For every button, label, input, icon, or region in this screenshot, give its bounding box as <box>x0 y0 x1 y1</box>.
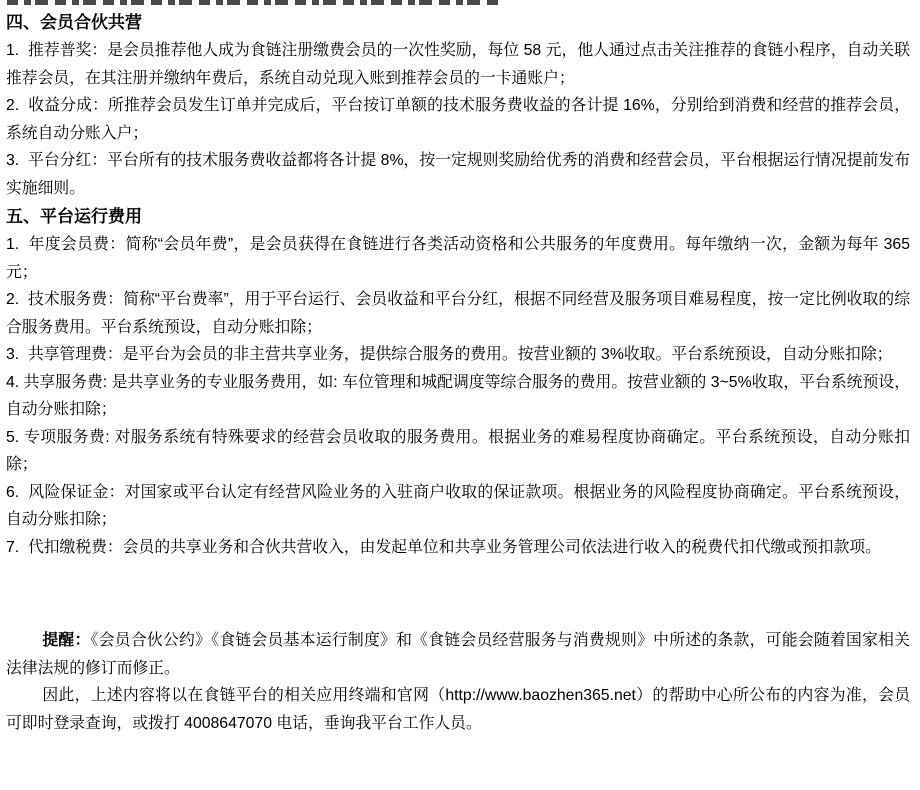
closing-paragraph: 因此，上述内容将以在食链平台的相关应用终端和官网（http://www.baoz… <box>6 682 910 737</box>
list-item: 4. 共享服务费: 是共享业务的专业服务费用，如: 车位管理和城配调度等综合服务… <box>6 369 910 424</box>
closing-text: 因此，上述内容将以在食链平台的相关应用终端和官网（http://www.baoz… <box>6 687 910 732</box>
list-item: 5. 专项服务费: 对服务系统有特殊要求的经营会员收取的服务费用。根据业务的难易… <box>6 424 910 479</box>
list-item: 2. 收益分成：所推荐会员发生订单并完成后，平台按订单额的技术服务费收益的各计提… <box>6 92 910 147</box>
list-item: 1. 年度会员费：简称“会员年费”，是会员获得在食链进行各类活动资格和公共服务的… <box>6 231 910 286</box>
list-item: 6. 风险保证金：对国家或平台认定有经营风险业务的入驻商户收取的保证款项。根据业… <box>6 479 910 534</box>
reminder-lead: 提醒： <box>42 632 90 649</box>
list-item: 2. 技术服务费：简称“平台费率”，用于平台运行、会员收益和平台分红，根据不同经… <box>6 286 910 341</box>
reminder-paragraph: 提醒：《会员合伙公约》《食链会员基本运行制度》和《食链会员经营服务与消费规则》中… <box>6 627 910 682</box>
list-item: 3. 共享管理费：是平台为会员的非主营共享业务，提供综合服务的费用。按营业额的 … <box>6 341 910 369</box>
clipped-text-fragment <box>7 0 504 5</box>
list-item: 3. 平台分红：平台所有的技术服务费收益都将各计提 8%，按一定规则奖励给优秀的… <box>6 147 910 202</box>
list-item: 1. 推荐普奖：是会员推荐他人成为食链注册缴费会员的一次性奖励，每位 58 元，… <box>6 37 910 92</box>
section-heading-4: 四、会员合伙共营 <box>6 8 910 37</box>
list-item: 7. 代扣缴税费：会员的共享业务和合伙共营收入，由发起单位和共享业务管理公司依法… <box>6 534 910 562</box>
document-page: 四、会员合伙共营 1. 推荐普奖：是会员推荐他人成为食链注册缴费会员的一次性奖励… <box>0 0 920 790</box>
section-heading-5: 五、平台运行费用 <box>6 202 910 231</box>
blank-gap <box>6 561 910 627</box>
reminder-text: 《会员合伙公约》《食链会员基本运行制度》和《食链会员经营服务与消费规则》中所述的… <box>6 632 910 677</box>
